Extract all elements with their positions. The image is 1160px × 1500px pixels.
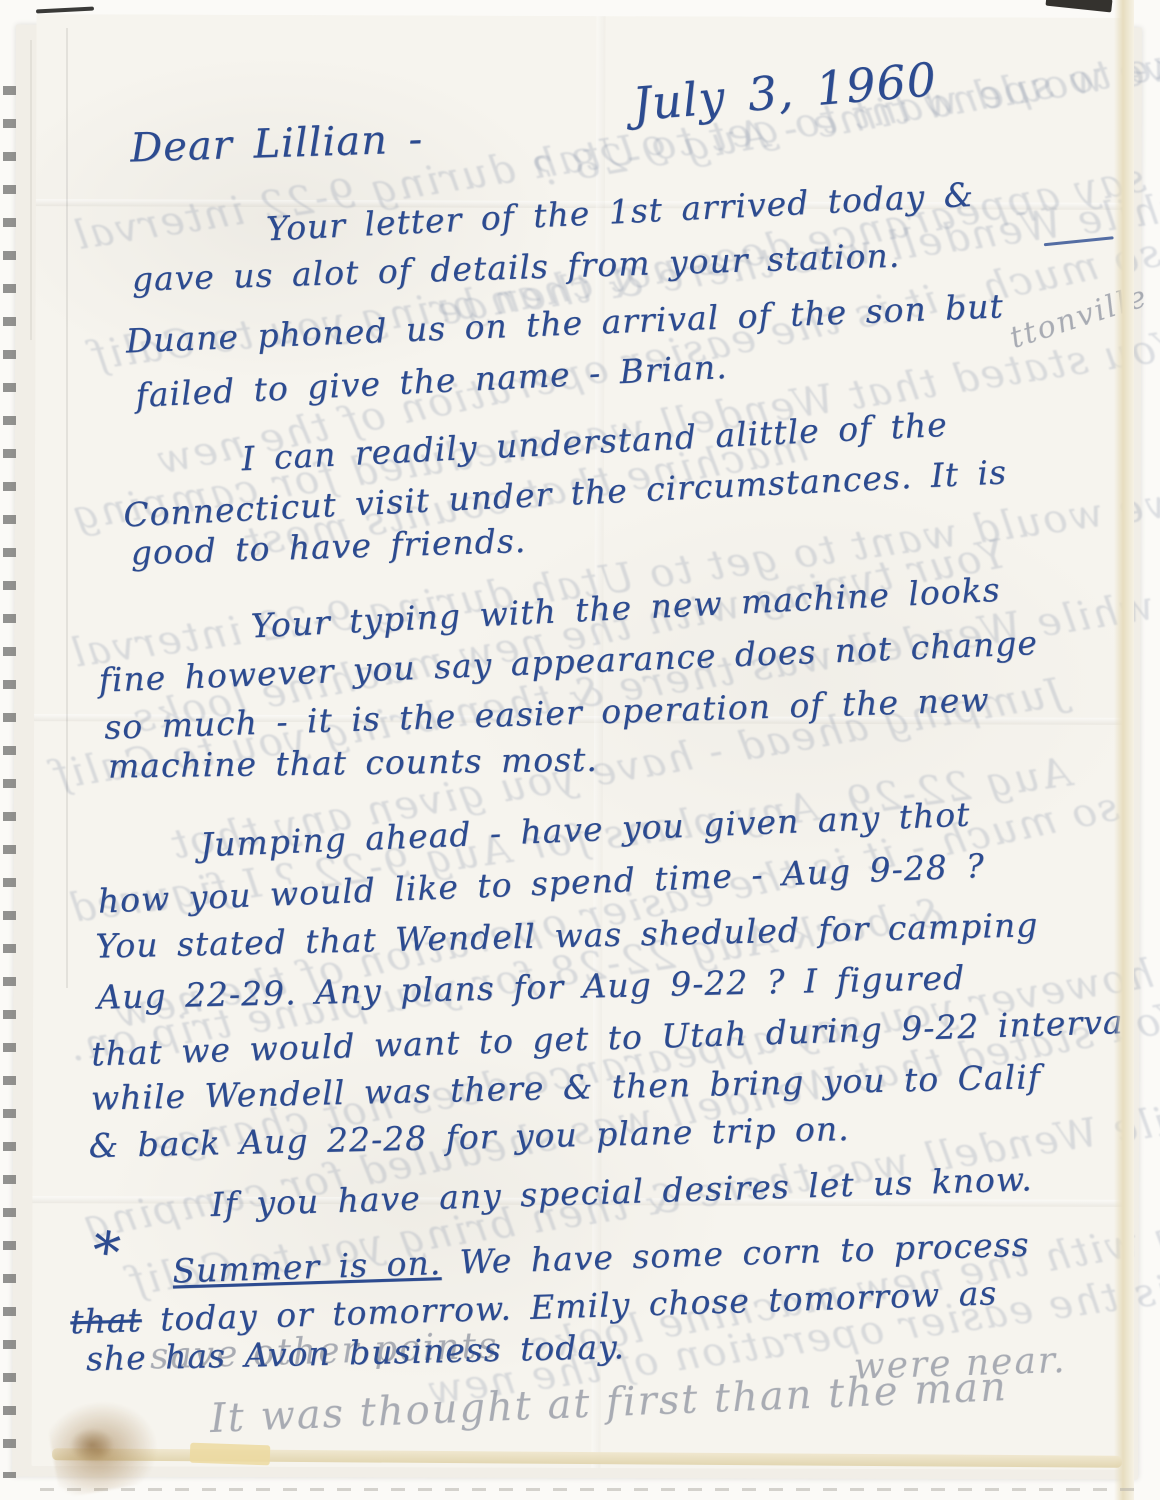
underlined-phrase: Summer is on. bbox=[172, 1243, 442, 1290]
stain-mark-core bbox=[70, 1428, 114, 1462]
handwritten-line: machine that counts most. bbox=[108, 740, 598, 786]
right-paper-edge bbox=[1114, 0, 1134, 1500]
top-right-corner-mark bbox=[1046, 0, 1113, 12]
letter-page: how you would like to spend time - Aug 9… bbox=[31, 14, 1130, 1470]
spiral-perforation-strip bbox=[3, 86, 16, 1478]
background-dashed-line bbox=[40, 1488, 1140, 1491]
struck-word: that bbox=[70, 1300, 143, 1341]
letter-body: Your letter of the 1st arrived today &ga… bbox=[37, 14, 1131, 18]
flap-edge-line bbox=[30, 40, 32, 340]
letter-salutation: Dear Lillian - bbox=[129, 116, 423, 171]
line-segment: machine that counts most. bbox=[108, 740, 598, 786]
scanned-letter-document: how you would like to spend time - Aug 9… bbox=[0, 0, 1160, 1500]
page-edge-line bbox=[66, 28, 68, 988]
tape-residue bbox=[190, 1443, 271, 1466]
bleedthrough-layer: how you would like to spend time - Aug 9… bbox=[37, 14, 1131, 18]
top-edge-mark bbox=[36, 6, 94, 13]
